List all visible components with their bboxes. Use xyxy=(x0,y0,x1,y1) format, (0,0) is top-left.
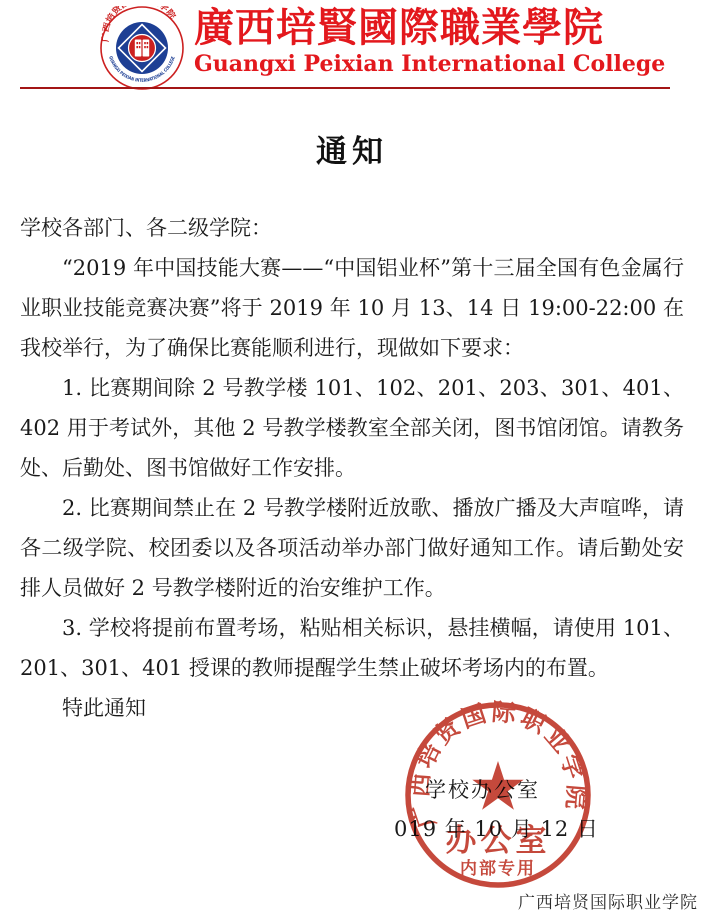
paragraph-item-2: 2. 比赛期间禁止在 2 号教学楼附近放歌、播放广播及大声喧哗，请各二级学院、校… xyxy=(20,488,684,608)
letterhead: 广西培贤国际职业学院 GUANGXI PEIXIAN INTERNATIONAL… xyxy=(100,6,665,90)
salutation-line: 学校各部门、各二级学院： xyxy=(20,208,684,248)
notice-document-page: 广西培贤国际职业学院 GUANGXI PEIXIAN INTERNATIONAL… xyxy=(0,0,704,913)
footer-watermark-caption: 广西培贤国际职业学院 xyxy=(518,888,698,913)
college-name-chinese: 廣西培賢國際職業學院 xyxy=(194,6,665,50)
header-divider-line xyxy=(20,87,670,89)
paragraph-item-3: 3. 学校将提前布置考场，粘贴相关标识，悬挂横幅，请使用 101、201、301… xyxy=(20,608,684,688)
paragraph-item-1: 1. 比赛期间除 2 号教学楼 101、102、201、203、301、401、… xyxy=(20,368,684,488)
seal-bottom-label: 内部专用 xyxy=(460,858,536,879)
official-seal-stamp: 广西培贤国际职业学院 办公室 内部专用 xyxy=(398,698,598,894)
notice-title: 通知 xyxy=(0,126,704,171)
paragraph-intro: “2019 年中国技能大赛——“中国铝业杯”第十三届全国有色金属行业职业技能竞赛… xyxy=(20,248,684,368)
notice-body: 学校各部门、各二级学院： “2019 年中国技能大赛——“中国铝业杯”第十三届全… xyxy=(20,208,684,728)
college-logo-icon: 广西培贤国际职业学院 GUANGXI PEIXIAN INTERNATIONAL… xyxy=(100,6,184,90)
seal-center-label: 办公室 xyxy=(446,823,551,859)
logo-center-circle xyxy=(129,35,156,62)
college-name-english: Guangxi Peixian International College xyxy=(194,51,665,77)
seal-star-icon xyxy=(472,761,523,810)
